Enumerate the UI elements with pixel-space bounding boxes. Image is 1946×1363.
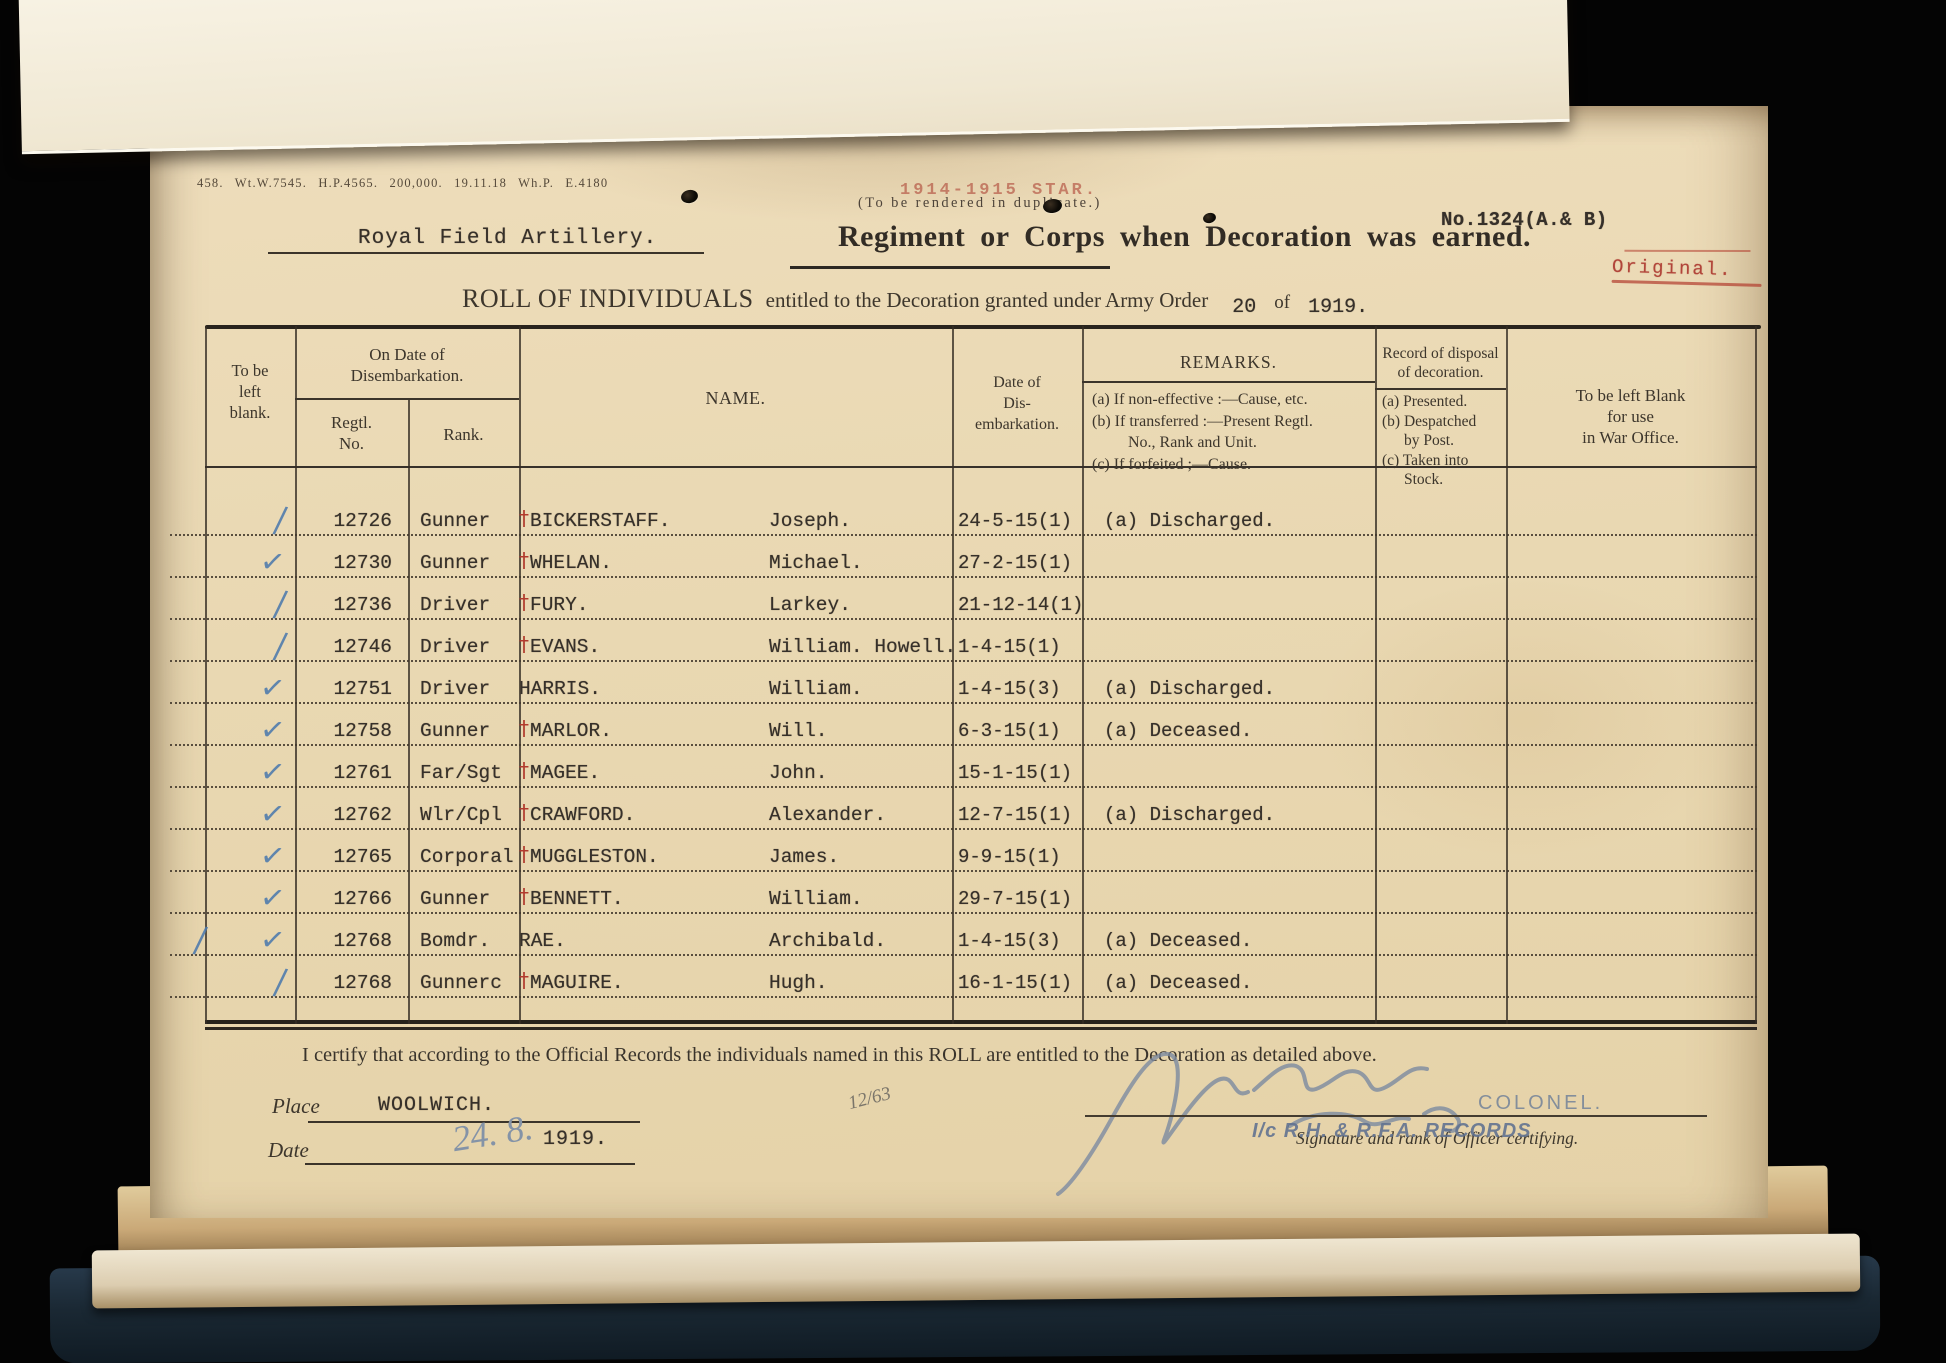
surname-text: BICKERSTAFF.: [530, 510, 670, 532]
cell-disposal: [1375, 616, 1506, 618]
cell-regtl-no: 12758: [295, 720, 408, 744]
table-row: ✓12766Gunner†BENNETT.William.29-7-15(1): [170, 872, 1757, 914]
cell-surname: †MARLOR.: [519, 718, 769, 744]
surname-text: MUGGLESTON.: [530, 846, 659, 868]
cell-rank: Driver: [408, 678, 519, 702]
roll-title: ROLL OF INDIVIDUALS entitled to the Deco…: [462, 284, 1368, 314]
cell-surname: †MUGGLESTON.: [519, 844, 769, 870]
cell-rank: Gunnerc: [408, 972, 519, 996]
cell-rank: Wlr/Cpl: [408, 804, 519, 828]
roll-title-caps: ROLL OF INDIVIDUALS: [462, 284, 754, 313]
cell-remarks: [1082, 784, 1375, 786]
cell-war-office: [1506, 574, 1757, 576]
cell-surname: RAE.: [519, 930, 769, 954]
header-name: NAME.: [519, 388, 952, 409]
cell-forename: Archibald.: [769, 930, 952, 954]
cell-surname: †BENNETT.: [519, 886, 769, 912]
surname-text: MAGEE.: [530, 762, 600, 784]
cell-war-office: [1506, 700, 1757, 702]
table-row: ✓12762Wlr/Cpl†CRAWFORD.Alexander.12-7-15…: [170, 788, 1757, 830]
cell-surname: †BICKERSTAFF.: [519, 508, 769, 534]
cell-disposal: [1375, 910, 1506, 912]
cell-disposal: [1375, 826, 1506, 828]
header-remarks-notes: (a) If non-effective :—Cause, etc. (b) I…: [1092, 389, 1372, 475]
pen-tick-check: ✓: [258, 546, 287, 579]
cell-margin: [170, 616, 205, 618]
printers-code: 458. Wt.W.7545. H.P.4565. 200,000. 19.11…: [197, 176, 608, 191]
header-war-office: To be left Blank for use in War Office.: [1506, 385, 1755, 448]
officer-signature: [1050, 1018, 1510, 1198]
casualty-cross-icon: †: [519, 758, 529, 782]
table-row: /12726Gunner†BICKERSTAFF.Joseph.24-5-15(…: [170, 468, 1757, 536]
cell-date-disembarkation: 21-12-14(1): [952, 594, 1082, 618]
cell-disposal: [1375, 532, 1506, 534]
original-stamp-text: Original.: [1612, 256, 1771, 282]
cell-rank: Driver: [408, 636, 519, 660]
cell-forename: Will.: [769, 720, 952, 744]
pen-tick-check: ✓: [258, 672, 287, 705]
cell-surname: †MAGEE.: [519, 760, 769, 786]
table-row: /✓12768Bomdr.RAE.Archibald.1-4-15(3)(a) …: [170, 914, 1757, 956]
casualty-cross-icon: †: [519, 800, 529, 824]
table-border-bottom: [205, 1020, 1757, 1024]
heading-underline: [790, 266, 1110, 269]
cell-rank: Bomdr.: [408, 930, 519, 954]
cell-war-office: [1506, 952, 1757, 954]
cell-remarks: (a) Deceased.: [1082, 930, 1375, 954]
table-rows: /12726Gunner†BICKERSTAFF.Joseph.24-5-15(…: [170, 468, 1757, 998]
cell-rank: Gunner: [408, 888, 519, 912]
cell-forename: William.: [769, 888, 952, 912]
cell-disposal: [1375, 658, 1506, 660]
pen-tick-check: ✓: [258, 798, 287, 831]
cell-rank: Gunner: [408, 510, 519, 534]
cell-remarks: [1082, 910, 1375, 912]
casualty-cross-icon: †: [519, 842, 529, 866]
cell-war-office: [1506, 868, 1757, 870]
cell-rank: Driver: [408, 594, 519, 618]
surname-text: EVANS.: [530, 636, 600, 658]
cell-left-blank: ✓: [205, 842, 295, 870]
regiment-name: Royal Field Artillery.: [358, 227, 657, 250]
cell-surname: †WHELAN.: [519, 550, 769, 576]
header-regtl-no: Regtl. No.: [295, 412, 408, 454]
cell-left-blank: /: [205, 592, 295, 618]
cell-margin: [170, 826, 205, 828]
cell-remarks: [1082, 868, 1375, 870]
header-remarks: REMARKS.: [1082, 352, 1375, 373]
duplicate-note: (To be rendered in duplicate.): [858, 195, 1102, 212]
cell-war-office: [1506, 742, 1757, 744]
cell-disposal: [1375, 700, 1506, 702]
pen-tick-check: ✓: [258, 882, 287, 915]
casualty-cross-icon: †: [519, 632, 529, 656]
surname-text: CRAWFORD.: [530, 804, 635, 826]
header-rule: [1082, 381, 1375, 383]
pen-tick-check: ✓: [258, 840, 287, 873]
army-order-of: of: [1274, 292, 1290, 314]
cell-war-office: [1506, 532, 1757, 534]
roll-title-rest: entitled to the Decoration granted under…: [766, 288, 1209, 312]
surname-text: HARRIS.: [519, 678, 601, 700]
date-label: Date: [268, 1138, 309, 1163]
cell-date-disembarkation: 24-5-15(1): [952, 510, 1082, 534]
cell-remarks: (a) Discharged.: [1082, 510, 1375, 534]
table-row: /12736Driver†FURY.Larkey.21-12-14(1): [170, 578, 1757, 620]
cell-regtl-no: 12761: [295, 762, 408, 786]
cell-regtl-no: 12730: [295, 552, 408, 576]
pen-tick-slash: /: [272, 627, 289, 664]
cell-left-blank: /: [205, 634, 295, 660]
cell-left-blank: ✓: [205, 716, 295, 744]
cell-war-office: [1506, 784, 1757, 786]
cell-surname: †EVANS.: [519, 634, 769, 660]
cell-regtl-no: 12746: [295, 636, 408, 660]
casualty-cross-icon: †: [519, 884, 529, 908]
cell-forename: Larkey.: [769, 594, 952, 618]
cell-forename: William. Howell.: [769, 636, 952, 660]
cell-forename: John.: [769, 762, 952, 786]
cell-forename: Michael.: [769, 552, 952, 576]
cell-margin: [170, 784, 205, 786]
cell-regtl-no: 12768: [295, 930, 408, 954]
casualty-cross-icon: †: [519, 506, 529, 530]
photographed-register-page: 458. Wt.W.7545. H.P.4565. 200,000. 19.11…: [0, 0, 1946, 1363]
regiment-underline: [268, 252, 704, 254]
cell-surname: HARRIS.: [519, 678, 769, 702]
surname-text: MAGUIRE.: [530, 972, 624, 994]
cell-date-disembarkation: 6-3-15(1): [952, 720, 1082, 744]
date-underline: [305, 1163, 635, 1165]
header-rank: Rank.: [408, 424, 519, 445]
cell-disposal: [1375, 868, 1506, 870]
cell-left-blank: ✓: [205, 674, 295, 702]
pen-tick-check: ✓: [258, 714, 287, 747]
surname-text: RAE.: [519, 930, 566, 952]
table-row: ✓12765Corporal†MUGGLESTON.James.9-9-15(1…: [170, 830, 1757, 872]
pen-tick-slash: /: [272, 963, 289, 1000]
cell-margin: /: [170, 928, 205, 954]
cell-left-blank: ✓: [205, 758, 295, 786]
cell-margin: [170, 868, 205, 870]
cell-regtl-no: 12766: [295, 888, 408, 912]
casualty-cross-icon: †: [519, 968, 529, 992]
cell-surname: †MAGUIRE.: [519, 970, 769, 996]
cell-regtl-no: 12765: [295, 846, 408, 870]
table-row: ✓12730Gunner†WHELAN.Michael.27-2-15(1): [170, 536, 1757, 578]
cell-date-disembarkation: 1-4-15(3): [952, 930, 1082, 954]
cell-remarks: [1082, 616, 1375, 618]
cell-war-office: [1506, 658, 1757, 660]
cell-left-blank: ✓: [205, 926, 295, 954]
cell-regtl-no: 12736: [295, 594, 408, 618]
cell-date-disembarkation: 29-7-15(1): [952, 888, 1082, 912]
cell-rank: Corporal: [408, 846, 519, 870]
casualty-cross-icon: †: [519, 548, 529, 572]
cell-remarks: [1082, 658, 1375, 660]
original-stamp-rule: [1624, 250, 1750, 252]
cell-margin: [170, 658, 205, 660]
signature-underline: [1085, 1115, 1707, 1117]
cell-left-blank: ✓: [205, 548, 295, 576]
cell-remarks: (a) Discharged.: [1082, 804, 1375, 828]
cell-remarks: (a) Deceased.: [1082, 720, 1375, 744]
cell-rank: Gunner: [408, 720, 519, 744]
header-date-disembarkation: Date of Dis- embarkation.: [952, 372, 1082, 435]
header-rule: [1375, 388, 1506, 390]
cell-date-disembarkation: 27-2-15(1): [952, 552, 1082, 576]
cell-surname: †FURY.: [519, 592, 769, 618]
original-stamp: Original.: [1612, 248, 1771, 287]
table-row: /12746Driver†EVANS.William. Howell.1-4-1…: [170, 620, 1757, 662]
cell-margin: [170, 994, 205, 996]
header-rule: [295, 398, 519, 400]
cell-left-blank: /: [205, 970, 295, 996]
cell-forename: Joseph.: [769, 510, 952, 534]
cell-disposal: [1375, 994, 1506, 996]
surname-text: FURY.: [530, 594, 589, 616]
header-left-blank: To be left blank.: [205, 360, 295, 423]
cell-war-office: [1506, 826, 1757, 828]
cell-margin: [170, 574, 205, 576]
cell-margin: [170, 700, 205, 702]
header-disposal: Record of disposal of decoration.: [1375, 344, 1506, 382]
table-row: ✓12758Gunner†MARLOR.Will.6-3-15(1)(a) De…: [170, 704, 1757, 746]
cell-margin: [170, 910, 205, 912]
cell-regtl-no: 12751: [295, 678, 408, 702]
header-on-date: On Date of Disembarkation.: [295, 344, 519, 386]
surname-text: MARLOR.: [530, 720, 612, 742]
army-order-number: 20: [1232, 296, 1256, 319]
cell-date-disembarkation: 9-9-15(1): [952, 846, 1082, 870]
cell-date-disembarkation: 16-1-15(1): [952, 972, 1082, 996]
cell-disposal: [1375, 574, 1506, 576]
cell-margin: [170, 532, 205, 534]
cell-date-disembarkation: 1-4-15(1): [952, 636, 1082, 660]
cell-war-office: [1506, 910, 1757, 912]
casualty-cross-icon: †: [519, 716, 529, 740]
table-row: /12768Gunnerc†MAGUIRE.Hugh.16-1-15(1)(a)…: [170, 956, 1757, 998]
cell-remarks: (a) Discharged.: [1082, 678, 1375, 702]
cell-date-disembarkation: 15-1-15(1): [952, 762, 1082, 786]
casualty-cross-icon: †: [519, 590, 529, 614]
pen-tick-slash: /: [272, 585, 289, 622]
pen-tick-check: ✓: [258, 924, 287, 957]
cell-regtl-no: 12726: [295, 510, 408, 534]
cell-margin: [170, 742, 205, 744]
pen-tick-check: ✓: [258, 756, 287, 789]
table-border-bottom: [205, 1027, 1757, 1030]
army-order-year: 1919.: [1308, 296, 1368, 319]
cell-war-office: [1506, 616, 1757, 618]
cell-date-disembarkation: 1-4-15(3): [952, 678, 1082, 702]
surname-text: WHELAN.: [530, 552, 612, 574]
cell-surname: †CRAWFORD.: [519, 802, 769, 828]
cell-disposal: [1375, 952, 1506, 954]
colonel-stamp: COLONEL.: [1478, 1092, 1603, 1115]
records-office-stamp: I/c R.H. & R.F.A. RECORDS: [1252, 1120, 1531, 1143]
date-year: 1919.: [543, 1128, 608, 1151]
cell-disposal: [1375, 784, 1506, 786]
page-title: Regiment or Corps when Decoration was ea…: [838, 220, 1531, 254]
cell-forename: Alexander.: [769, 804, 952, 828]
table-row: ✓12761Far/Sgt†MAGEE.John.15-1-15(1): [170, 746, 1757, 788]
place-label: Place: [272, 1094, 320, 1119]
cell-left-blank: ✓: [205, 884, 295, 912]
cell-left-blank: /: [205, 508, 295, 534]
cell-regtl-no: 12762: [295, 804, 408, 828]
cell-rank: Gunner: [408, 552, 519, 576]
cell-forename: Hugh.: [769, 972, 952, 996]
cell-forename: James.: [769, 846, 952, 870]
cell-remarks: (a) Deceased.: [1082, 972, 1375, 996]
cell-regtl-no: 12768: [295, 972, 408, 996]
table-border-top: [205, 325, 1761, 329]
cell-disposal: [1375, 742, 1506, 744]
cell-remarks: [1082, 574, 1375, 576]
surname-text: BENNETT.: [530, 888, 624, 910]
cell-date-disembarkation: 12-7-15(1): [952, 804, 1082, 828]
cell-left-blank: ✓: [205, 800, 295, 828]
cell-forename: William.: [769, 678, 952, 702]
star-label-clipped: 1914-1915 STAR.: [900, 181, 1160, 195]
pen-tick-slash: /: [272, 501, 289, 538]
cell-war-office: [1506, 994, 1757, 996]
cell-rank: Far/Sgt: [408, 762, 519, 786]
table-row: ✓12751DriverHARRIS.William.1-4-15(3)(a) …: [170, 662, 1757, 704]
